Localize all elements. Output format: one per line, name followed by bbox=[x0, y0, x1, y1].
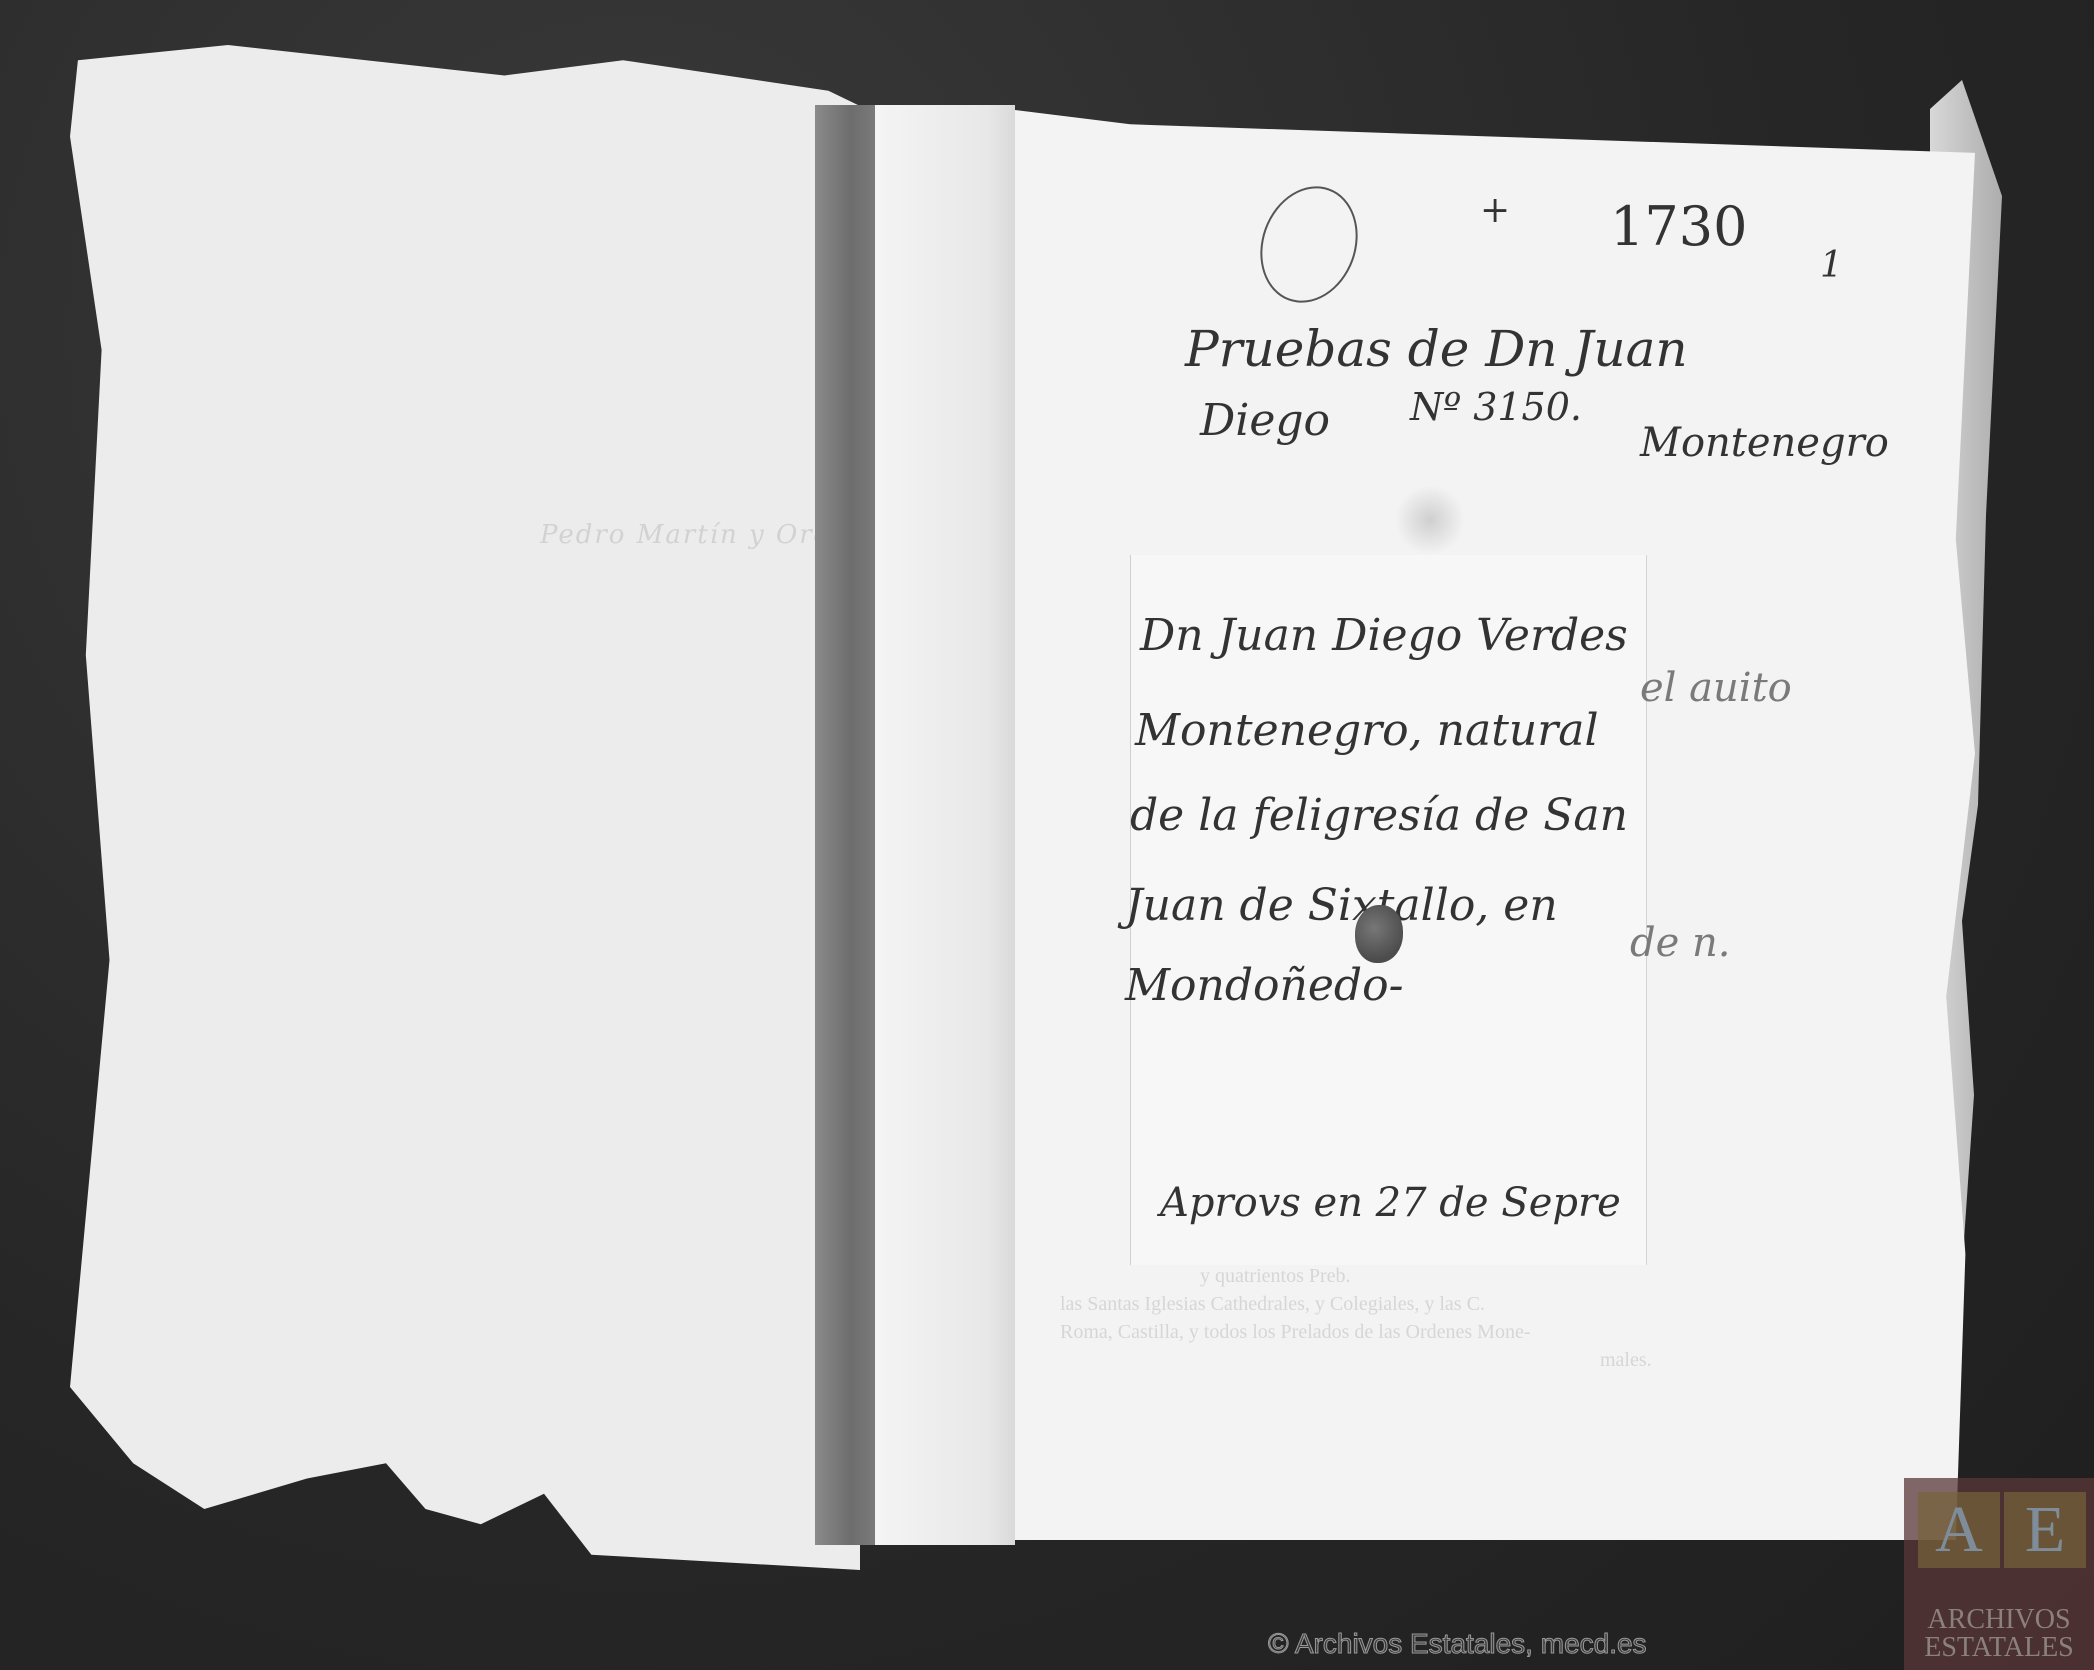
approval-note: Aprovs en 27 de Sepre bbox=[1160, 1180, 1621, 1226]
year: 1730 bbox=[1610, 195, 1747, 258]
body-line: Dn Juan Diego Verdes bbox=[1140, 610, 1628, 661]
stain bbox=[1395, 485, 1465, 555]
archivos-estatales-watermark: A E ARCHIVOS ESTATALES bbox=[1904, 1478, 2094, 1670]
watermark-letter: A bbox=[1918, 1492, 2000, 1568]
title-line-1: Pruebas de Dn Juan bbox=[1185, 320, 1688, 378]
body-line: Juan de Sixtallo, en bbox=[1125, 880, 1558, 931]
cross-mark: + bbox=[1480, 190, 1510, 231]
title-number: Nº 3150. bbox=[1410, 385, 1582, 429]
wax-seal bbox=[1355, 905, 1403, 963]
margin-note: de n. bbox=[1630, 920, 1730, 966]
printed-line: y quatrientos Preb. bbox=[1200, 1262, 1351, 1290]
margin-note: el auito bbox=[1640, 665, 1792, 711]
gutter-fold bbox=[875, 105, 1015, 1545]
watermark-name-line-1: ARCHIVOS bbox=[1904, 1606, 2094, 1634]
title-given-name: Diego bbox=[1200, 395, 1330, 446]
title-surname: Montenegro bbox=[1640, 420, 1889, 466]
printed-line: males. bbox=[1600, 1346, 1652, 1374]
body-line: Mondoñedo- bbox=[1125, 960, 1403, 1011]
body-line: Montenegro, natural bbox=[1135, 705, 1599, 756]
watermark-name-line-2: ESTATALES bbox=[1904, 1634, 2094, 1662]
printed-line: Roma, Castilla, y todos los Prelados de … bbox=[1060, 1318, 1531, 1346]
folio-number: 1 bbox=[1820, 245, 1843, 286]
printed-line: las Santas Iglesias Cathedrales, y Coleg… bbox=[1060, 1290, 1485, 1318]
body-line: de la feligresía de San bbox=[1130, 790, 1628, 841]
copyright-notice: © Archivos Estatales, mecd.es bbox=[1268, 1628, 1647, 1660]
book-gutter bbox=[815, 105, 875, 1545]
watermark-letter: E bbox=[2004, 1492, 2086, 1568]
left-page bbox=[70, 45, 860, 1570]
